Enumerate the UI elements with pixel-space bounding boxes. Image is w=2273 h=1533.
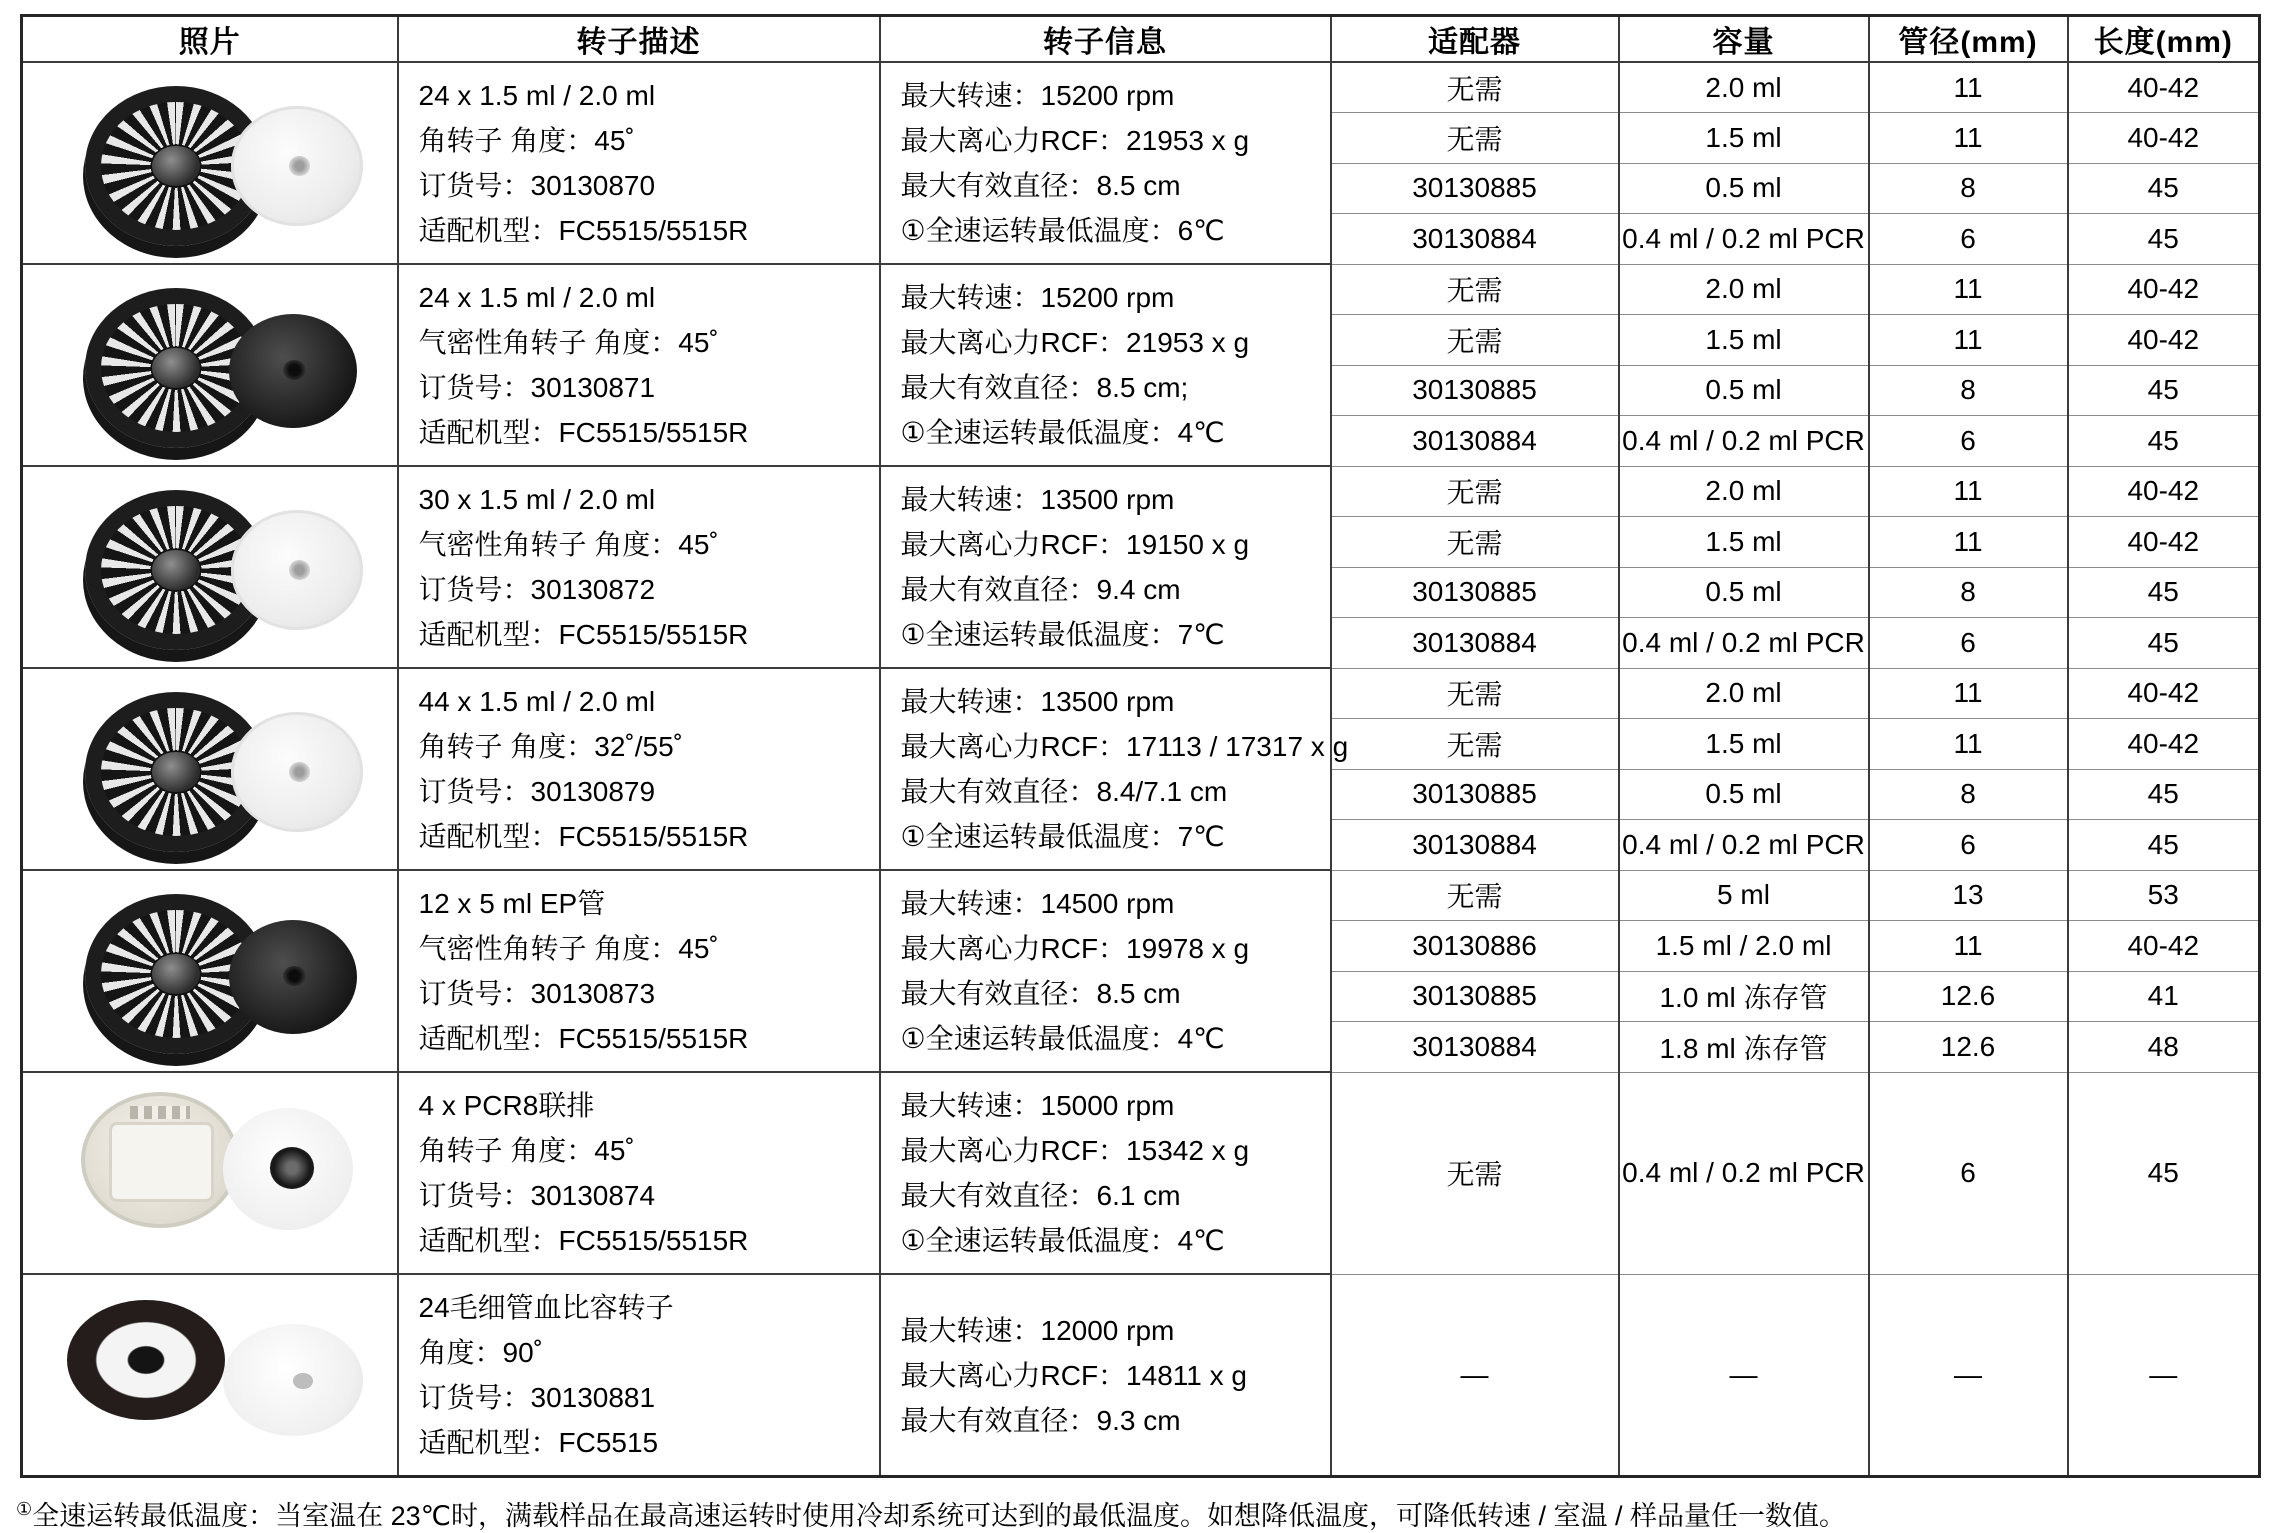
footnote-text: 全速运转最低温度：当室温在 23℃时，满载样品在最高速运转时使用冷却系统可达到的…: [32, 1501, 1846, 1531]
rotor-lid-image: [223, 1108, 353, 1230]
capacity-cell: 1.5 ml: [1619, 315, 1869, 366]
max-diameter-line: 最大有效直径：8.5 cm;: [901, 365, 1322, 410]
footnote-marker: ①: [16, 1499, 32, 1519]
length-cell: 45: [2068, 769, 2260, 820]
diameter-cell: 11: [1869, 668, 2068, 719]
capacity-cell: 0.4 ml / 0.2 ml PCR: [1619, 214, 1869, 264]
header-capacity: 容量: [1619, 16, 1869, 63]
order-number-line: 订货号：30130881: [419, 1375, 871, 1420]
rotor-row: 24 x 1.5 ml / 2.0 ml 气密性角转子 角度：45˚ 订货号：3…: [22, 264, 2260, 315]
diameter-cell: 11: [1869, 517, 2068, 568]
rotor-row: 4 x PCR8联排 角转子 角度：45˚ 订货号：30130874 适配机型：…: [22, 1072, 2260, 1274]
diameter-cell: 8: [1869, 163, 2068, 213]
max-rcf-line: 最大离心力RCF：21953 x g: [901, 320, 1322, 365]
length-cell: 45: [2068, 365, 2260, 416]
capacity-cell: 1.5 ml: [1619, 719, 1869, 770]
rotor-description: 24 x 1.5 ml / 2.0 ml 角转子 角度：45˚ 订货号：3013…: [398, 62, 880, 264]
rotor-description: 24 x 1.5 ml / 2.0 ml 气密性角转子 角度：45˚ 订货号：3…: [398, 264, 880, 466]
rotor-lid-image: [231, 712, 363, 832]
capacity-cell: 1.5 ml: [1619, 113, 1869, 163]
diameter-cell: 11: [1869, 466, 2068, 517]
rotor-photo: [23, 886, 395, 1056]
length-cell: 45: [2068, 416, 2260, 467]
length-cell: 45: [2068, 214, 2260, 264]
adapter-cell: 无需: [1331, 870, 1619, 921]
adapter-cell: 30130884: [1331, 1022, 1619, 1073]
diameter-cell: 8: [1869, 365, 2068, 416]
capacity-cell: 2.0 ml: [1619, 668, 1869, 719]
capacity-cell: 0.4 ml / 0.2 ml PCR: [1619, 618, 1869, 669]
diameter-cell: 8: [1869, 769, 2068, 820]
capacity-cell: 2.0 ml: [1619, 62, 1869, 113]
rotor-angle-line: 气密性角转子 角度：45˚: [419, 320, 871, 365]
rotor-angle-line: 角转子 角度：32˚/55˚: [419, 724, 871, 769]
rotor-info: 最大转速：13500 rpm 最大离心力RCF：17113 / 17317 x …: [880, 668, 1331, 870]
rotor-info: 最大转速：15000 rpm 最大离心力RCF：15342 x g 最大有效直径…: [880, 1072, 1331, 1274]
max-diameter-line: 最大有效直径：8.5 cm: [901, 163, 1322, 208]
length-cell: 45: [2068, 820, 2260, 871]
capacity-cell: 0.5 ml: [1619, 567, 1869, 618]
length-cell: 40-42: [2068, 921, 2260, 972]
adapter-cell: 30130885: [1331, 163, 1619, 213]
length-cell: 53: [2068, 870, 2260, 921]
compatible-model-line: 适配机型：FC5515/5515R: [419, 410, 871, 455]
length-cell: 45: [2068, 618, 2260, 669]
compatible-model-line: 适配机型：FC5515/5515R: [419, 612, 871, 657]
length-cell: 41: [2068, 971, 2260, 1022]
rotor-angle-line: 角转子 角度：45˚: [419, 1128, 871, 1173]
min-temp-line: ①全速运转最低温度：4℃: [901, 410, 1322, 455]
rotor-photo: [23, 78, 395, 248]
order-number-line: 订货号：30130872: [419, 567, 871, 612]
rotor-photo: [23, 280, 395, 450]
diameter-cell: 8: [1869, 567, 2068, 618]
adapter-cell: 30130885: [1331, 567, 1619, 618]
header-row: 照片 转子描述 转子信息 适配器 容量 管径(mm) 长度(mm): [22, 16, 2260, 63]
footnote: ①全速运转最低温度：当室温在 23℃时，满载样品在最高速运转时使用冷却系统可达到…: [16, 1494, 2273, 1533]
max-diameter-line: 最大有效直径：9.4 cm: [901, 567, 1322, 612]
max-speed-line: 最大转速：13500 rpm: [901, 477, 1322, 522]
diameter-cell: 6: [1869, 820, 2068, 871]
adapter-cell: 无需: [1331, 466, 1619, 517]
rotor-info: 最大转速：15200 rpm 最大离心力RCF：21953 x g 最大有效直径…: [880, 264, 1331, 466]
rotor-lid-image: [229, 920, 357, 1034]
length-cell: —: [2068, 1274, 2260, 1477]
length-cell: 48: [2068, 1022, 2260, 1073]
adapter-cell: 无需: [1331, 315, 1619, 366]
order-number-line: 订货号：30130870: [419, 163, 871, 208]
adapter-cell: —: [1331, 1274, 1619, 1477]
length-cell: 40-42: [2068, 113, 2260, 163]
diameter-cell: 11: [1869, 315, 2068, 366]
capacity-cell: 1.0 ml 冻存管: [1619, 971, 1869, 1022]
rotor-photo-cell: [22, 870, 398, 1072]
max-speed-line: 最大转速：13500 rpm: [901, 679, 1322, 724]
rotor-lid-image: [231, 510, 363, 630]
order-number-line: 订货号：30130874: [419, 1173, 871, 1218]
rotor-description: 24毛细管血比容转子 角度：90˚ 订货号：30130881 适配机型：FC55…: [398, 1274, 880, 1477]
diameter-cell: 6: [1869, 618, 2068, 669]
rotor-spec-line: 44 x 1.5 ml / 2.0 ml: [419, 679, 871, 724]
capacity-cell: 1.8 ml 冻存管: [1619, 1022, 1869, 1073]
diameter-cell: 6: [1869, 416, 2068, 467]
capacity-cell: 1.5 ml / 2.0 ml: [1619, 921, 1869, 972]
max-speed-line: 最大转速：12000 rpm: [901, 1308, 1322, 1353]
diameter-cell: 6: [1869, 1072, 2068, 1274]
rotor-spec-table: 照片 转子描述 转子信息 适配器 容量 管径(mm) 长度(mm) 24 x 1…: [20, 14, 2261, 1478]
rotor-description: 12 x 5 ml EP管 气密性角转子 角度：45˚ 订货号：30130873…: [398, 870, 880, 1072]
rotor-photo-cell: [22, 668, 398, 870]
header-photo: 照片: [22, 16, 398, 63]
compatible-model-line: 适配机型：FC5515: [419, 1420, 871, 1465]
rotor-description: 4 x PCR8联排 角转子 角度：45˚ 订货号：30130874 适配机型：…: [398, 1072, 880, 1274]
min-temp-line: ①全速运转最低温度：4℃: [901, 1016, 1322, 1061]
rotor-spec-line: 12 x 5 ml EP管: [419, 881, 871, 926]
max-rcf-line: 最大离心力RCF：19978 x g: [901, 926, 1322, 971]
rotor-angle-line: 角度：90˚: [419, 1330, 871, 1375]
length-cell: 40-42: [2068, 466, 2260, 517]
rotor-spec-line: 4 x PCR8联排: [419, 1083, 871, 1128]
order-number-line: 订货号：30130871: [419, 365, 871, 410]
max-rcf-line: 最大离心力RCF：17113 / 17317 x g: [901, 724, 1322, 769]
diameter-cell: 12.6: [1869, 971, 2068, 1022]
rotor-row: 24毛细管血比容转子 角度：90˚ 订货号：30130881 适配机型：FC55…: [22, 1274, 2260, 1477]
adapter-cell: 无需: [1331, 62, 1619, 113]
order-number-line: 订货号：30130879: [419, 769, 871, 814]
diameter-cell: —: [1869, 1274, 2068, 1477]
rotor-row: 44 x 1.5 ml / 2.0 ml 角转子 角度：32˚/55˚ 订货号：…: [22, 668, 2260, 719]
rotor-lid-image: [231, 106, 363, 226]
capacity-cell: 5 ml: [1619, 870, 1869, 921]
max-diameter-line: 最大有效直径：9.3 cm: [901, 1398, 1322, 1443]
rotor-row: 30 x 1.5 ml / 2.0 ml 气密性角转子 角度：45˚ 订货号：3…: [22, 466, 2260, 517]
adapter-cell: 无需: [1331, 517, 1619, 568]
rotor-info: 最大转速：13500 rpm 最大离心力RCF：19150 x g 最大有效直径…: [880, 466, 1331, 668]
rotor-lid-image: [223, 1324, 363, 1436]
rotor-spec-line: 24 x 1.5 ml / 2.0 ml: [419, 275, 871, 320]
length-cell: 40-42: [2068, 264, 2260, 315]
capacity-cell: —: [1619, 1274, 1869, 1477]
adapter-cell: 无需: [1331, 113, 1619, 163]
max-rcf-line: 最大离心力RCF：21953 x g: [901, 118, 1322, 163]
max-rcf-line: 最大离心力RCF：14811 x g: [901, 1353, 1322, 1398]
rotor-photo: [23, 1088, 395, 1258]
max-diameter-line: 最大有效直径：6.1 cm: [901, 1173, 1322, 1218]
length-cell: 45: [2068, 567, 2260, 618]
diameter-cell: 11: [1869, 719, 2068, 770]
rotor-photo-cell: [22, 62, 398, 264]
max-speed-line: 最大转速：15200 rpm: [901, 275, 1322, 320]
capacity-cell: 0.4 ml / 0.2 ml PCR: [1619, 1072, 1869, 1274]
rotor-angle-line: 气密性角转子 角度：45˚: [419, 522, 871, 567]
header-tube-diameter: 管径(mm): [1869, 16, 2068, 63]
rotor-info: 最大转速：15200 rpm 最大离心力RCF：21953 x g 最大有效直径…: [880, 62, 1331, 264]
max-speed-line: 最大转速：14500 rpm: [901, 881, 1322, 926]
rotor-image: [67, 1300, 225, 1420]
adapter-cell: 30130884: [1331, 618, 1619, 669]
capacity-cell: 0.5 ml: [1619, 769, 1869, 820]
rotor-spec-line: 24毛细管血比容转子: [419, 1285, 871, 1330]
diameter-cell: 11: [1869, 921, 2068, 972]
diameter-cell: 11: [1869, 62, 2068, 113]
rotor-spec-line: 24 x 1.5 ml / 2.0 ml: [419, 73, 871, 118]
adapter-cell: 30130884: [1331, 214, 1619, 264]
adapter-cell: 无需: [1331, 1072, 1619, 1274]
adapter-cell: 无需: [1331, 719, 1619, 770]
compatible-model-line: 适配机型：FC5515/5515R: [419, 208, 871, 253]
rotor-photo-cell: [22, 1072, 398, 1274]
compatible-model-line: 适配机型：FC5515/5515R: [419, 1218, 871, 1263]
diameter-cell: 12.6: [1869, 1022, 2068, 1073]
rotor-photo-cell: [22, 264, 398, 466]
header-rotor-description: 转子描述: [398, 16, 880, 63]
length-cell: 40-42: [2068, 62, 2260, 113]
adapter-cell: 30130884: [1331, 416, 1619, 467]
length-cell: 40-42: [2068, 517, 2260, 568]
compatible-model-line: 适配机型：FC5515/5515R: [419, 1016, 871, 1061]
rotor-photo: [23, 482, 395, 652]
compatible-model-line: 适配机型：FC5515/5515R: [419, 814, 871, 859]
adapter-cell: 30130886: [1331, 921, 1619, 972]
rotor-description: 44 x 1.5 ml / 2.0 ml 角转子 角度：32˚/55˚ 订货号：…: [398, 668, 880, 870]
length-cell: 45: [2068, 1072, 2260, 1274]
rotor-photo-cell: [22, 466, 398, 668]
header-tube-length: 长度(mm): [2068, 16, 2260, 63]
adapter-cell: 30130884: [1331, 820, 1619, 871]
length-cell: 40-42: [2068, 668, 2260, 719]
adapter-cell: 无需: [1331, 668, 1619, 719]
adapter-cell: 无需: [1331, 264, 1619, 315]
rotor-row: 12 x 5 ml EP管 气密性角转子 角度：45˚ 订货号：30130873…: [22, 870, 2260, 921]
max-diameter-line: 最大有效直径：8.4/7.1 cm: [901, 769, 1322, 814]
adapter-cell: 30130885: [1331, 769, 1619, 820]
capacity-cell: 0.4 ml / 0.2 ml PCR: [1619, 416, 1869, 467]
length-cell: 45: [2068, 163, 2260, 213]
rotor-spec-line: 30 x 1.5 ml / 2.0 ml: [419, 477, 871, 522]
rotor-lid-image: [229, 314, 357, 428]
max-rcf-line: 最大离心力RCF：19150 x g: [901, 522, 1322, 567]
rotor-image: [81, 1092, 239, 1228]
rotor-info: 最大转速：14500 rpm 最大离心力RCF：19978 x g 最大有效直径…: [880, 870, 1331, 1072]
header-adapter: 适配器: [1331, 16, 1619, 63]
rotor-row: 24 x 1.5 ml / 2.0 ml 角转子 角度：45˚ 订货号：3013…: [22, 62, 2260, 113]
rotor-angle-line: 气密性角转子 角度：45˚: [419, 926, 871, 971]
max-speed-line: 最大转速：15200 rpm: [901, 73, 1322, 118]
rotor-photo-cell: [22, 1274, 398, 1477]
max-rcf-line: 最大离心力RCF：15342 x g: [901, 1128, 1322, 1173]
capacity-cell: 2.0 ml: [1619, 264, 1869, 315]
header-rotor-info: 转子信息: [880, 16, 1331, 63]
order-number-line: 订货号：30130873: [419, 971, 871, 1016]
capacity-cell: 1.5 ml: [1619, 517, 1869, 568]
capacity-cell: 0.5 ml: [1619, 163, 1869, 213]
rotor-angle-line: 角转子 角度：45˚: [419, 118, 871, 163]
min-temp-line: ①全速运转最低温度：6℃: [901, 208, 1322, 253]
adapter-cell: 30130885: [1331, 971, 1619, 1022]
capacity-cell: 0.4 ml / 0.2 ml PCR: [1619, 820, 1869, 871]
diameter-cell: 11: [1869, 264, 2068, 315]
min-temp-line: ①全速运转最低温度：4℃: [901, 1218, 1322, 1263]
length-cell: 40-42: [2068, 719, 2260, 770]
length-cell: 40-42: [2068, 315, 2260, 366]
diameter-cell: 11: [1869, 113, 2068, 163]
capacity-cell: 0.5 ml: [1619, 365, 1869, 416]
capacity-cell: 2.0 ml: [1619, 466, 1869, 517]
diameter-cell: 6: [1869, 214, 2068, 264]
min-temp-line: ①全速运转最低温度：7℃: [901, 814, 1322, 859]
max-speed-line: 最大转速：15000 rpm: [901, 1083, 1322, 1128]
max-diameter-line: 最大有效直径：8.5 cm: [901, 971, 1322, 1016]
min-temp-line: ①全速运转最低温度：7℃: [901, 612, 1322, 657]
rotor-description: 30 x 1.5 ml / 2.0 ml 气密性角转子 角度：45˚ 订货号：3…: [398, 466, 880, 668]
rotor-info: 最大转速：12000 rpm 最大离心力RCF：14811 x g 最大有效直径…: [880, 1274, 1331, 1477]
rotor-photo: [23, 1290, 395, 1460]
adapter-cell: 30130885: [1331, 365, 1619, 416]
rotor-photo: [23, 684, 395, 854]
diameter-cell: 13: [1869, 870, 2068, 921]
